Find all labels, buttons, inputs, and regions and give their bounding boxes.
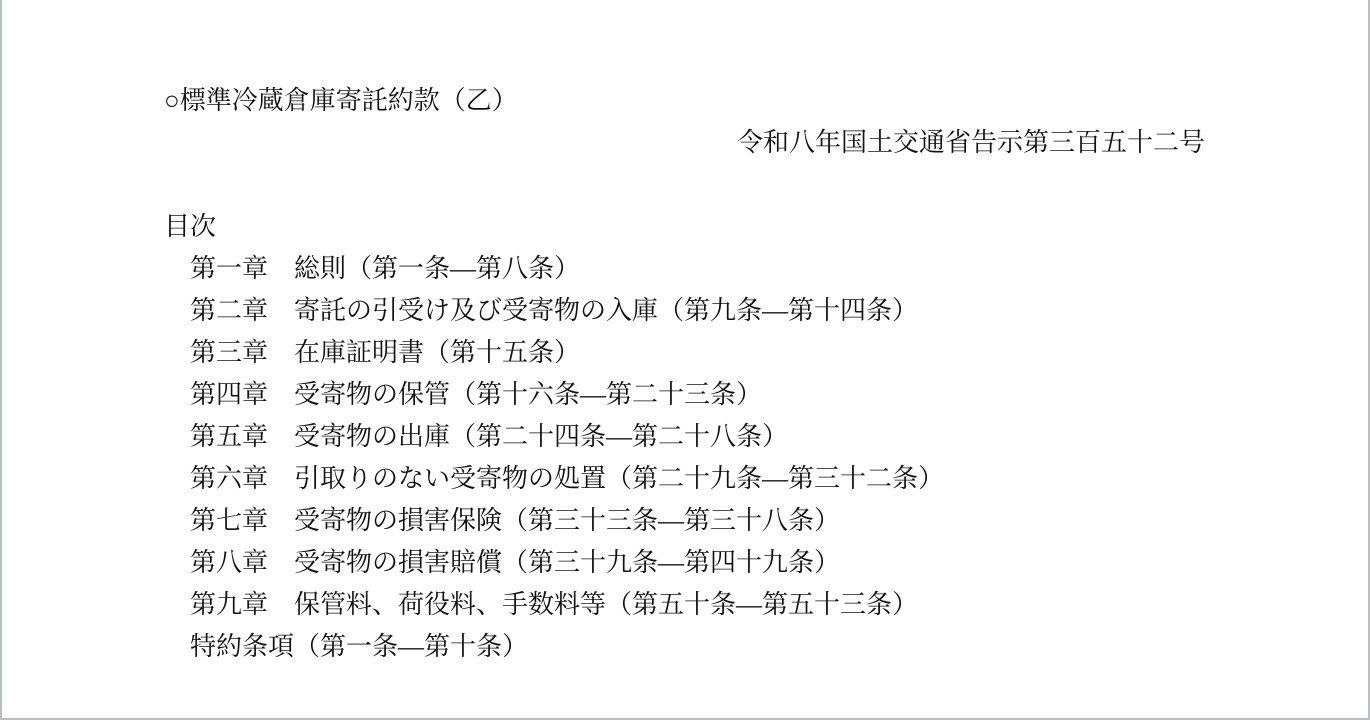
toc-item: 特約条項（第一条―第十条） [164,626,1205,668]
toc-item: 第七章 受寄物の損害保険（第三十三条―第三十八条） [164,500,1205,542]
toc-heading: 目次 [164,206,1205,248]
toc-item: 第二章 寄託の引受け及び受寄物の入庫（第九条―第十四条） [164,290,1205,332]
spacer [164,164,1205,206]
toc-item: 第八章 受寄物の損害賠償（第三十九条―第四十九条） [164,542,1205,584]
toc-item: 第四章 受寄物の保管（第十六条―第二十三条） [164,374,1205,416]
document-page: ○標準冷蔵倉庫寄託約款（乙） 令和八年国土交通省告示第三百五十二号 目次 第一章… [0,0,1370,720]
notice-number: 令和八年国土交通省告示第三百五十二号 [164,122,1205,164]
toc-item: 第三章 在庫証明書（第十五条） [164,332,1205,374]
toc-item: 第五章 受寄物の出庫（第二十四条―第二十八条） [164,416,1205,458]
document-title: ○標準冷蔵倉庫寄託約款（乙） [164,80,1205,122]
toc-item: 第六章 引取りのない受寄物の処置（第二十九条―第三十二条） [164,458,1205,500]
toc-item: 第九章 保管料、荷役料、手数料等（第五十条―第五十三条） [164,584,1205,626]
toc-item: 第一章 総則（第一条―第八条） [164,248,1205,290]
